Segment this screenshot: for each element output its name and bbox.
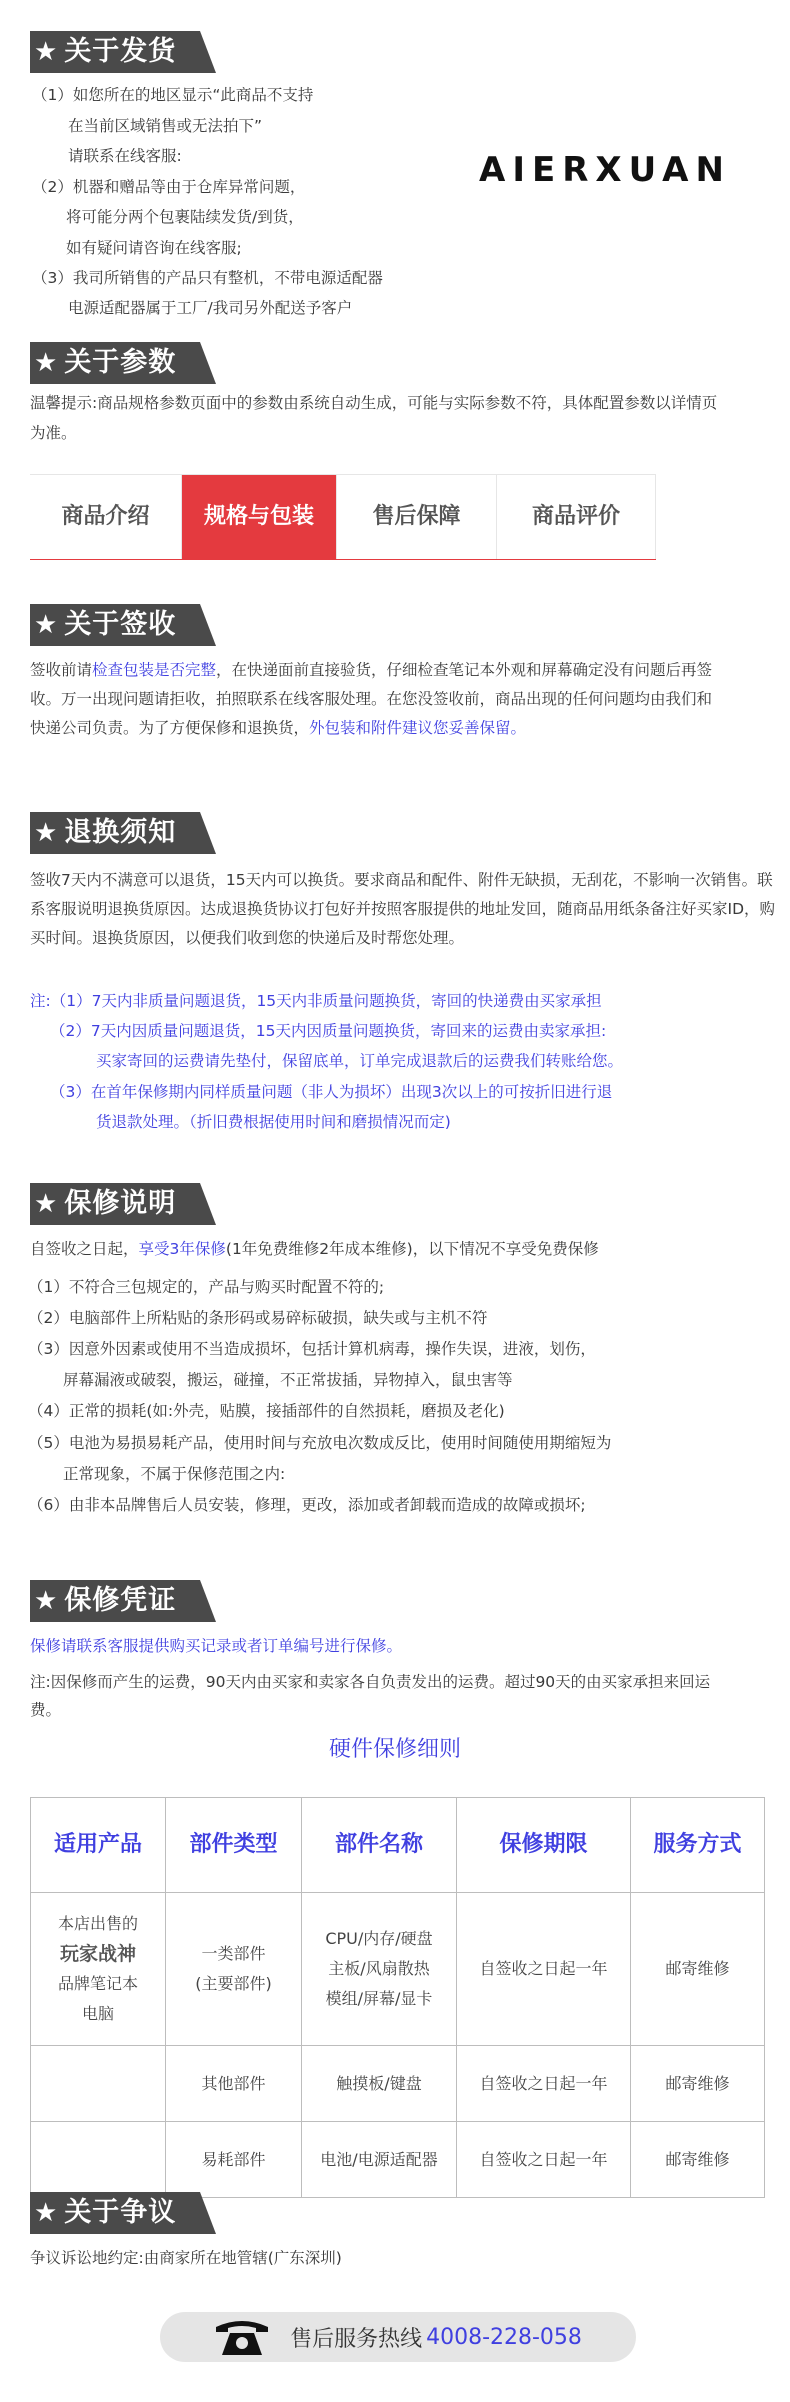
warranty-exclusion: （2）电脑部件上所粘贴的条形码或易碎标破损，缺失或与主机不符 (28, 1307, 487, 1329)
part-type-cell: 一类部件 (主要部件) (166, 1893, 302, 2046)
star-icon: ★ (34, 348, 58, 378)
warranty-exclusion: 屏幕漏液或破裂，搬运，碰撞，不正常拔插，异物掉入，鼠虫害等 (63, 1369, 513, 1391)
tab-specs-packaging[interactable]: 规格与包装 (182, 475, 337, 559)
signing-text: 签收前请检查包装是否完整，在快递面前直接验货，仔细检查笔记本外观和屏幕确定没有问… (30, 656, 720, 743)
service-method-cell: 邮寄维修 (631, 1893, 765, 2046)
tab-reviews[interactable]: 商品评价 (497, 475, 656, 559)
signing-highlight-keep-packaging: 外包装和附件建议您妥善保留。 (309, 719, 526, 737)
voucher-highlight: 保修请联系客服提供购买记录或者订单编号进行保修。 (30, 1635, 402, 1657)
tab-product-intro[interactable]: 商品介绍 (30, 475, 182, 559)
part-type-cell: 易耗部件 (166, 2122, 302, 2198)
shipping-line: 将可能分两个包裹陆续发货/到货， (66, 206, 304, 228)
product-tabs: 商品介绍 规格与包装 售后保障 商品评价 (30, 474, 656, 560)
star-icon: ★ (34, 37, 58, 67)
params-notice: 温馨提示:商品规格参数页面中的参数由系统自动生成，可能与实际参数不符，具体配置参… (30, 388, 720, 448)
section-header-params: ★关于参数 (30, 342, 216, 384)
table-header: 服务方式 (631, 1798, 765, 1893)
part-name-cell: 电池/电源适配器 (302, 2122, 457, 2198)
warranty-exclusion: （3）因意外因素或使用不当造成损坏，包括计算机病毒，操作失误，进液，划伤， (28, 1338, 596, 1360)
hotline-number[interactable]: 4008-228-058 (426, 2325, 582, 2350)
warranty-intro: 自签收之日起，享受3年保修(1年免费维修2年成本维修)，以下情况不享受免费保修 (30, 1238, 599, 1260)
returns-note: （3）在首年保修期内同样质量问题（非人为损坏）出现3次以上的可按折旧进行退 (50, 1081, 612, 1103)
service-method-cell: 邮寄维修 (631, 2046, 765, 2122)
warranty-period-cell: 自签收之日起一年 (457, 2046, 631, 2122)
warranty-exclusion: 正常现象，不属于保修范围之内: (63, 1463, 285, 1485)
table-header: 部件名称 (302, 1798, 457, 1893)
shipping-line: 电源适配器属于工厂/我司另外配送予客户 (68, 297, 352, 319)
table-header: 适用产品 (31, 1798, 166, 1893)
section-header-shipping: ★关于发货 (30, 31, 216, 73)
hardware-warranty-table: 适用产品 部件类型 部件名称 保修期限 服务方式 本店出售的 玩家战神 品牌笔记… (30, 1797, 765, 2198)
shipping-line: （2）机器和赠品等由于仓库异常问题， (32, 176, 305, 198)
warranty-period-cell: 自签收之日起一年 (457, 2122, 631, 2198)
telephone-icon (214, 2317, 270, 2357)
applicable-product-cell (31, 2046, 166, 2122)
shipping-line: 在当前区域销售或无法拍下” (68, 115, 262, 137)
table-header: 部件类型 (166, 1798, 302, 1893)
part-name-cell: CPU/内存/硬盘 主板/风扇散热 模组/屏幕/显卡 (302, 1893, 457, 2046)
shipping-line: （1）如您所在的地区显示“此商品不支持 (32, 84, 313, 106)
warranty-exclusion: （1）不符合三包规定的，产品与购买时配置不符的; (28, 1276, 384, 1298)
warranty-exclusion: （4）正常的损耗(如:外壳，贴膜，接插部件的自然损耗，磨损及老化) (28, 1400, 505, 1422)
shipping-line: 请联系在线客服: (68, 145, 182, 167)
section-header-dispute: ★关于争议 (30, 2192, 216, 2234)
star-icon: ★ (34, 2198, 58, 2228)
star-icon: ★ (34, 1189, 58, 1219)
warranty-exclusion: （6）由非本品牌售后人员安装，修理，更改，添加或者卸载而造成的故障或损坏; (28, 1494, 586, 1516)
returns-note: 货退款处理。（折旧费根据使用时间和磨损情况而定) (96, 1111, 451, 1133)
section-header-returns: ★退换须知 (30, 812, 216, 854)
warranty-highlight: 享受3年保修 (139, 1240, 226, 1258)
shipping-line: 如有疑问请咨询在线客服; (66, 237, 242, 259)
returns-note: （2）7天内因质量问题退货，15天内因质量问题换货，寄回来的运费由卖家承担: (50, 1020, 606, 1042)
warranty-exclusion: （5）电池为易损易耗产品，使用时间与充放电次数成反比，使用时间随使用期缩短为 (28, 1432, 611, 1454)
section-header-signing: ★关于签收 (30, 604, 216, 646)
hardware-table-title: 硬件保修细则 (0, 1732, 790, 1763)
dispute-text: 争议诉讼地约定:由商家所在地管辖(广东深圳) (30, 2247, 342, 2269)
part-type-cell: 其他部件 (166, 2046, 302, 2122)
applicable-product-cell (31, 2122, 166, 2198)
section-header-voucher: ★保修凭证 (30, 1580, 216, 1622)
table-row: 易耗部件 电池/电源适配器 自签收之日起一年 邮寄维修 (31, 2122, 765, 2198)
section-header-warranty: ★保修说明 (30, 1183, 216, 1225)
service-method-cell: 邮寄维修 (631, 2122, 765, 2198)
returns-text: 签收7天内不满意可以退货，15天内可以换货。要求商品和配件、附件无缺损，无刮花，… (30, 866, 778, 953)
star-icon: ★ (34, 1586, 58, 1616)
product-brand: 玩家战神 (31, 1939, 165, 1969)
table-row: 本店出售的 玩家战神 品牌笔记本 电脑 一类部件 (主要部件) CPU/内存/硬… (31, 1893, 765, 2046)
warranty-period-cell: 自签收之日起一年 (457, 1893, 631, 2046)
tab-after-sales[interactable]: 售后保障 (337, 475, 497, 559)
star-icon: ★ (34, 610, 58, 640)
signing-highlight-check-package: 检查包装是否完整 (92, 661, 216, 679)
star-icon: ★ (34, 818, 58, 848)
returns-note: 注:（1）7天内非质量问题退货，15天内非质量问题换货，寄回的快递费由买家承担 (30, 990, 602, 1012)
table-row: 其他部件 触摸板/键盘 自签收之日起一年 邮寄维修 (31, 2046, 765, 2122)
part-name-cell: 触摸板/键盘 (302, 2046, 457, 2122)
after-sales-hotline[interactable]: 售后服务热线 4008-228-058 (160, 2312, 636, 2362)
hotline-label: 售后服务热线 (290, 2322, 422, 2353)
voucher-note: 注:因保修而产生的运费，90天内由买家和卖家各自负责发出的运费。超过90天的由买… (30, 1668, 720, 1724)
table-header-row: 适用产品 部件类型 部件名称 保修期限 服务方式 (31, 1798, 765, 1893)
shipping-line: （3）我司所销售的产品只有整机，不带电源适配器 (32, 267, 383, 289)
brand-logo: AIERXUAN (479, 150, 731, 190)
table-header: 保修期限 (457, 1798, 631, 1893)
returns-note: 买家寄回的运费请先垫付，保留底单，订单完成退款后的运费我们转账给您。 (96, 1050, 623, 1072)
applicable-product-cell: 本店出售的 玩家战神 品牌笔记本 电脑 (31, 1893, 166, 2046)
